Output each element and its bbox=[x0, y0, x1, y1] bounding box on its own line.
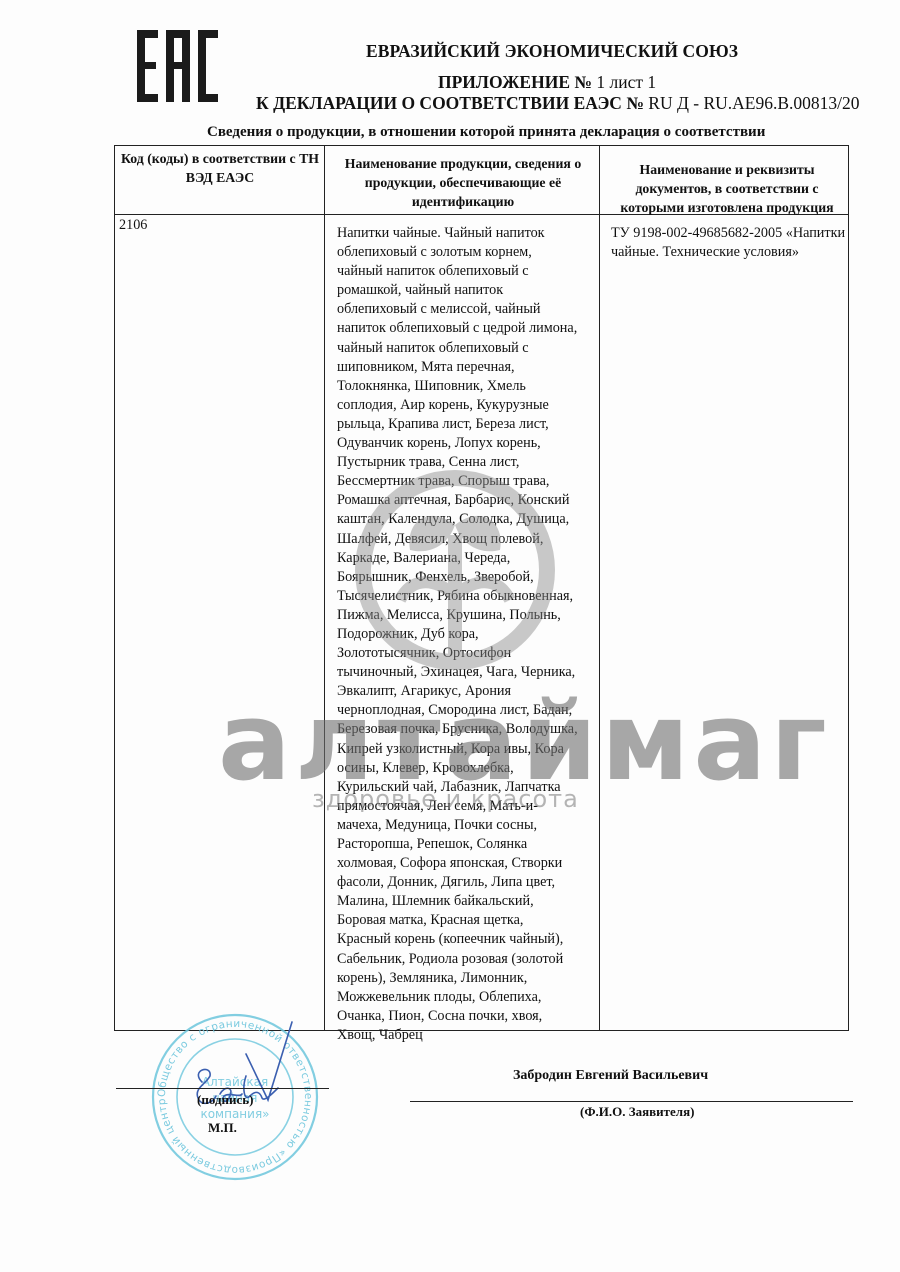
product-description-line: Можжевельник плоды, Облепиха, bbox=[337, 988, 599, 1007]
product-description-line: фасоли, Донник, Дягиль, Липа цвет, bbox=[337, 873, 599, 892]
svg-text:компания»: компания» bbox=[200, 1107, 269, 1121]
section-title: Сведения о продукции, в отношении которо… bbox=[207, 124, 765, 141]
applicant-label: (Ф.И.О. Заявителя) bbox=[580, 1104, 694, 1120]
product-description-line: шиповником, Мята перечная, bbox=[337, 358, 599, 377]
product-description-line: корень), Земляника, Лимонник, bbox=[337, 969, 599, 988]
cell-code: 2106 bbox=[119, 216, 147, 235]
svg-text:Алтайская: Алтайская bbox=[202, 1075, 268, 1089]
signature-line bbox=[116, 1088, 329, 1089]
product-description-line: Сабельник, Родиола розовая (золотой bbox=[337, 950, 599, 969]
document-reference-line: ТУ 9198-002-49685682-2005 «Напитки bbox=[611, 224, 847, 243]
column-header-product: Наименование продукции, сведения о проду… bbox=[337, 154, 589, 211]
declaration-title: К ДЕКЛАРАЦИИ О СООТВЕТСТВИИ ЕАЭС № RU Д … bbox=[256, 93, 860, 114]
product-description-line: чайный напиток облепиховый с bbox=[337, 339, 599, 358]
cell-documents: ТУ 9198-002-49685682-2005 «Напиткичайные… bbox=[611, 224, 847, 262]
signature-label: (подпись) bbox=[197, 1092, 253, 1108]
watermark-tagline: здоровье и красота bbox=[312, 785, 579, 813]
declaration-number: RU Д - RU.AE96.B.00813/20 bbox=[648, 93, 859, 113]
appendix-number: 1 лист 1 bbox=[596, 72, 656, 92]
product-description-line: Очанка, Пион, Сосна почки, хвоя, bbox=[337, 1007, 599, 1026]
applicant-name-line bbox=[410, 1101, 853, 1102]
appendix-label: ПРИЛОЖЕНИЕ № bbox=[438, 72, 592, 92]
product-description-line: облепиховый с золотым корнем, bbox=[337, 243, 599, 262]
document-reference-line: чайные. Технические условия» bbox=[611, 243, 847, 262]
product-description-line: облепиховый с мелиссой, чайный bbox=[337, 300, 599, 319]
product-description-line: Напитки чайные. Чайный напиток bbox=[337, 224, 599, 243]
product-description-line: соплодия, Аир корень, Кукурузные bbox=[337, 396, 599, 415]
product-description-line: Хвощ, Чабрец bbox=[337, 1026, 599, 1045]
seal-label: М.П. bbox=[208, 1120, 237, 1136]
declaration-appendix-page: ЕВРАЗИЙСКИЙ ЭКОНОМИЧЕСКИЙ СОЮЗ ПРИЛОЖЕНИ… bbox=[0, 0, 900, 1272]
column-header-code: Код (коды) в соответствии с ТН ВЭД ЕАЭС bbox=[119, 149, 321, 187]
applicant-name: Забродин Евгений Васильевич bbox=[513, 1068, 708, 1084]
watermark-leaf-logo-icon bbox=[350, 465, 560, 675]
product-description-line: ромашкой, чайный напиток bbox=[337, 281, 599, 300]
union-title: ЕВРАЗИЙСКИЙ ЭКОНОМИЧЕСКИЙ СОЮЗ bbox=[366, 41, 738, 62]
eac-logo bbox=[137, 30, 219, 102]
product-description-line: рыльца, Крапива лист, Береза лист, bbox=[337, 415, 599, 434]
product-description-line: чайный напиток облепиховый с bbox=[337, 262, 599, 281]
product-description-line: Одуванчик корень, Лопух корень, bbox=[337, 434, 599, 453]
product-description-line: холмовая, Софора японская, Створки bbox=[337, 854, 599, 873]
product-description-line: мачеха, Медуница, Почки сосны, bbox=[337, 816, 599, 835]
product-description-line: Боровая матка, Красная щетка, bbox=[337, 911, 599, 930]
appendix-title: ПРИЛОЖЕНИЕ № 1 лист 1 bbox=[438, 72, 656, 93]
product-description-line: Красный корень (копеечник чайный), bbox=[337, 930, 599, 949]
column-header-documents: Наименование и реквизиты документов, в с… bbox=[611, 160, 843, 217]
product-description-line: Расторопша, Репешок, Солянка bbox=[337, 835, 599, 854]
column-divider bbox=[324, 146, 325, 1030]
product-description-line: Толокнянка, Шиповник, Хмель bbox=[337, 377, 599, 396]
product-description-line: Малина, Шлемник байкальский, bbox=[337, 892, 599, 911]
column-divider bbox=[599, 146, 600, 1030]
product-description-line: напиток облепиховый с цедрой лимона, bbox=[337, 319, 599, 338]
declaration-label: К ДЕКЛАРАЦИИ О СООТВЕТСТВИИ ЕАЭС № bbox=[256, 93, 644, 113]
